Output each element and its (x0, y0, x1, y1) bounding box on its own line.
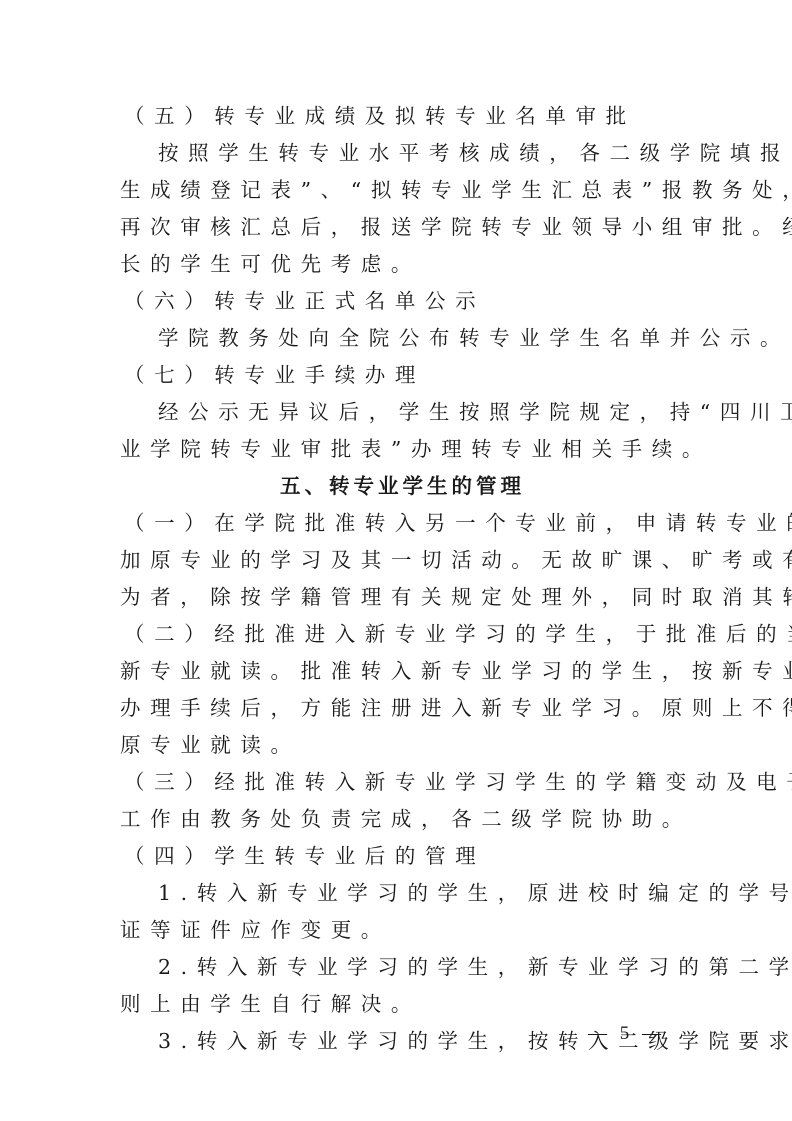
subheading-7-procedures: （七）转专业手续办理 (120, 357, 675, 394)
list-item-2: 2.转入新专业学习的学生，新专业学习的第二学期的教材原 (120, 949, 675, 986)
paragraph-line: 长的学生可优先考虑。 (120, 246, 675, 283)
paragraph-line: 办理手续后，方能注册进入新专业学习。原则上不得再申请转回 (120, 690, 675, 727)
subheading-6-publicity: （六）转专业正式名单公示 (120, 283, 675, 320)
paragraph-3-line: （三）经批准转入新专业学习学生的学籍变动及电子注册上报 (120, 764, 675, 801)
paragraph-line: 按照学生转专业水平考核成绩，各二级学院填报“转专业学 (120, 135, 675, 172)
paragraph-line: 工作由教务处负责完成，各二级学院协助。 (120, 801, 675, 838)
paragraph-line: 则上由学生自行解决。 (120, 986, 675, 1023)
paragraph-line: 学院教务处向全院公布转专业学生名单并公示。 (120, 320, 675, 357)
paragraph-line: 新专业就读。批准转入新专业学习的学生，按新专业的有关要求 (120, 653, 675, 690)
document-body: （五）转专业成绩及拟转专业名单审批 按照学生转专业水平考核成绩，各二级学院填报“… (120, 98, 675, 1060)
paragraph-line: 再次审核汇总后，报送学院转专业领导小组审批。经证实确有专 (120, 209, 675, 246)
subheading-5-approval: （五）转专业成绩及拟转专业名单审批 (120, 98, 675, 135)
paragraph-line: 经公示无异议后，学生按照学院规定，持“四川卫生康复职 (120, 394, 675, 431)
paragraph-line: 为者，除按学籍管理有关规定处理外，同时取消其转专业资格。 (120, 579, 675, 616)
paragraph-line: 证等证件应作变更。 (120, 912, 675, 949)
paragraph-1-line: （一）在学院批准转入另一个专业前，申请转专业的学生应参 (120, 505, 675, 542)
paragraph-line: 生成绩登记表”、“拟转专业学生汇总表”报教务处，经教务处 (120, 172, 675, 209)
paragraph-line: 业学院转专业审批表”办理转专业相关手续。 (120, 431, 675, 468)
subheading-4-after-transfer: （四）学生转专业后的管理 (120, 838, 675, 875)
list-item-1: 1.转入新专业学习的学生，原进校时编定的学号不变，学生 (120, 875, 675, 912)
section-heading-5-management: 五、转专业学生的管理 (120, 468, 675, 505)
page-number: — 5 — (588, 1023, 665, 1045)
paragraph-2-line: （二）经批准进入新专业学习的学生，于批准后的当学期进入 (120, 616, 675, 653)
paragraph-line: 原专业就读。 (120, 727, 675, 764)
paragraph-line: 加原专业的学习及其一切活动。无故旷课、旷考或有其他违纪行 (120, 542, 675, 579)
